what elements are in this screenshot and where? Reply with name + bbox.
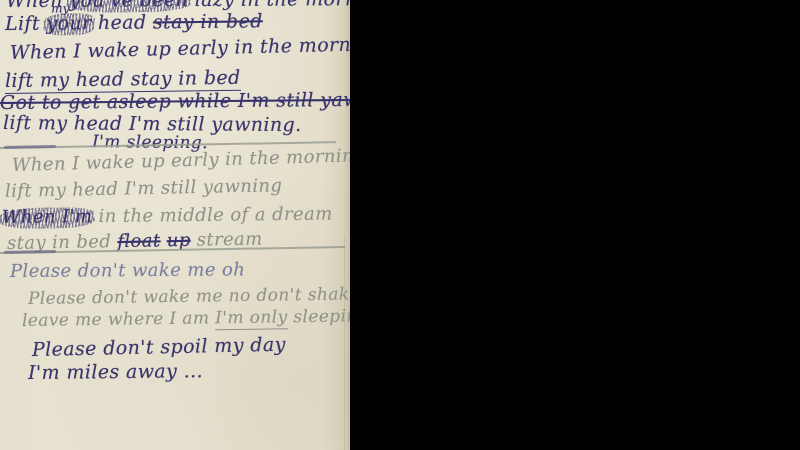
lyric-line: Lift yourmy head stay in bed — [5, 10, 263, 35]
lyric-line: I'm miles away ... — [28, 360, 203, 384]
lyric-segment: sleeping — [287, 306, 350, 327]
inserted-word: my — [51, 1, 69, 15]
lyric-segment: I'm miles away ... — [28, 360, 203, 384]
lyric-segment: Please don't wake me oh — [10, 259, 245, 282]
lyric-segment: lazy in the morning. — [188, 0, 350, 11]
lyric-line: Please don't wake me no don't shake my — [28, 284, 350, 309]
lyric-line: lift my head I'm still yawning — [5, 175, 283, 202]
lyric-segment: I'm only — [215, 307, 288, 330]
lyric-segment: stay in bed — [153, 10, 263, 33]
lyric-segment: When I wake up early in the morning — [10, 33, 350, 64]
lyric-segment: Lift — [5, 13, 47, 35]
lyric-segment: Please don't spoil my day — [32, 334, 286, 361]
lyric-segment: in the middle of a dream — [92, 204, 332, 228]
manuscript-paper: When you've been lazy in the morning.Lif… — [0, 0, 350, 450]
lyric-segment: head — [91, 11, 153, 34]
lyric-line: lift my head stay in bed — [5, 67, 241, 92]
lyric-segment: When I'm — [2, 206, 93, 228]
lyric-line: When I wake up early in the morning — [12, 145, 350, 176]
lyric-line: leave me where I am I'm only sleeping — [22, 306, 350, 331]
lyric-segment: When I wake up early in the morning — [12, 145, 350, 176]
lyric-segment: Got to get asleep while I'm still yawnin… — [0, 88, 350, 114]
lyric-line: Please don't spoil my day — [32, 334, 286, 361]
lyric-line: When I wake up early in the morning — [10, 33, 350, 64]
photo-background: When you've been lazy in the morning.Lif… — [0, 0, 800, 450]
lyric-line: When I'm in the middle of a dream — [2, 204, 333, 228]
lyric-line: Got to get asleep while I'm still yawnin… — [0, 88, 350, 114]
lyric-segment: yourmy — [46, 12, 91, 34]
lyric-line: Please don't wake me oh — [10, 259, 245, 282]
lyric-segment: lift my head I'm still yawning — [5, 175, 283, 202]
lyric-segment: leave me where I am — [22, 308, 215, 331]
lyric-segment: Please don't wake me no don't shake my — [28, 284, 350, 309]
lyric-segment: you've been — [69, 0, 188, 12]
